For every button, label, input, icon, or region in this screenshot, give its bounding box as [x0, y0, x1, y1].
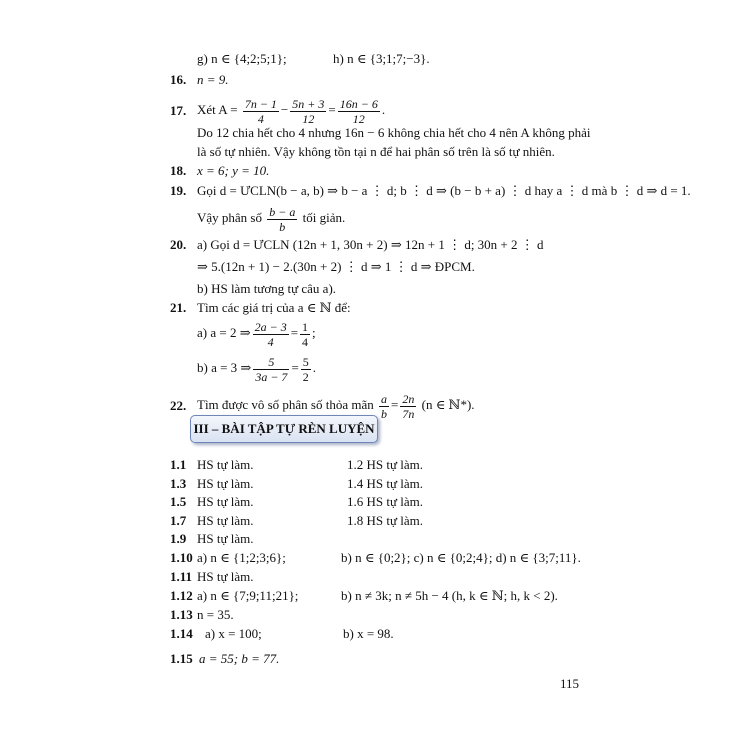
minus-sign: −	[281, 102, 288, 117]
answer-20-line3: b) HS làm tương tự câu a).	[197, 281, 336, 297]
answer-17-line2: Do 12 chia hết cho 4 nhưng 16n − 6 không…	[197, 125, 590, 141]
answer-21-a: a) a = 2 ⇒2a − 34=14;	[197, 315, 316, 351]
fraction: 16n − 612	[338, 97, 380, 126]
answer-19-line1: Gọi d = ƯCLN(b − a, b) ⇒ b − a ⋮ d; b ⋮ …	[197, 183, 691, 199]
period: .	[382, 102, 385, 117]
equals-sign: =	[291, 360, 298, 375]
equals-sign: =	[391, 397, 398, 412]
fraction: 52	[301, 355, 311, 384]
fraction: 53a − 7	[253, 355, 289, 384]
exercise-text: a) n ∈ {7;9;11;21};	[197, 588, 298, 604]
exercise-text: HS tự làm.	[197, 494, 254, 510]
exercise-right: b) n ≠ 3k; n ≠ 5h − 4 (h, k ∈ ℕ; h, k < …	[341, 588, 558, 604]
exercise-text: a) n ∈ {1;2;3;6};	[197, 550, 286, 566]
exercise-text: n = 35.	[197, 607, 234, 623]
answer-label-19: 19.	[170, 183, 186, 199]
answer-17-line3: là số tự nhiên. Vậy không tồn tại n để h…	[197, 144, 555, 160]
answer-21-b: b) a = 3 ⇒53a − 7=52.	[197, 350, 316, 386]
exercise-text: a) x = 100;	[205, 626, 262, 642]
answer-22-prefix: Tìm được vô số phân số thỏa mãn	[197, 397, 374, 412]
exercise-text: HS tự làm.	[197, 569, 254, 585]
fraction: 2n7n	[400, 392, 416, 421]
exercise-label: 1.7	[170, 513, 186, 529]
fraction: b − ab	[267, 205, 297, 234]
period: .	[313, 360, 316, 375]
exercise-label: 1.10	[170, 550, 193, 566]
answer-label-20: 20.	[170, 237, 186, 253]
page-number: 115	[560, 676, 579, 692]
exercise-right: 1.8 HS tự làm.	[347, 513, 423, 529]
answer-label-22: 22.	[170, 398, 186, 414]
exercise-label: 1.5	[170, 494, 186, 510]
answer-19-prefix: Vậy phân số	[197, 210, 262, 225]
exercise-right: b) x = 98.	[343, 626, 394, 642]
exercise-label: 1.12	[170, 588, 193, 604]
answer-15-g: g) n ∈ {4;2;5;1};	[197, 51, 287, 67]
answer-18-text: x = 6; y = 10.	[197, 163, 269, 179]
exercise-text: HS tự làm.	[197, 531, 254, 547]
answer-20-line2: ⇒ 5.(12n + 1) − 2.(30n + 2) ⋮ d ⇒ 1 ⋮ d …	[197, 259, 475, 275]
exercise-label: 1.15	[170, 651, 193, 667]
fraction: 14	[300, 320, 310, 349]
exercise-label: 1.11	[170, 569, 192, 585]
answer-20-line1: a) Gọi d = ƯCLN (12n + 1, 30n + 2) ⇒ 12n…	[197, 237, 544, 253]
answer-19-line2: Vậy phân số b − ab tối giản.	[197, 200, 345, 236]
fraction: 2a − 34	[253, 320, 289, 349]
answer-21-line1: Tìm các giá trị của a ∈ ℕ để:	[197, 300, 351, 316]
exercise-right: 1.2 HS tự làm.	[347, 457, 423, 473]
answer-17-prefix: Xét A =	[197, 102, 238, 117]
exercise-label: 1.14	[170, 626, 193, 642]
fraction: 5n + 312	[290, 97, 326, 126]
answer-21-b-prefix: b) a = 3 ⇒	[197, 360, 251, 375]
answer-22-suffix: (n ∈ ℕ*).	[422, 397, 475, 412]
answer-15-h: h) n ∈ {3;1;7;−3}.	[333, 51, 430, 67]
exercise-right: 1.4 HS tự làm.	[347, 476, 423, 492]
answer-label-16: 16.	[170, 72, 186, 88]
semicolon: ;	[312, 325, 316, 340]
equals-sign: =	[291, 325, 298, 340]
exercise-label: 1.13	[170, 607, 193, 623]
answer-21-a-prefix: a) a = 2 ⇒	[197, 325, 251, 340]
answer-19-suffix: tối giản.	[303, 210, 346, 225]
answer-17-formula: Xét A = 7n − 14−5n + 312=16n − 612.	[197, 90, 385, 130]
exercise-text: HS tự làm.	[197, 513, 254, 529]
equals-sign: =	[328, 102, 335, 117]
fraction: ab	[379, 392, 389, 421]
exercise-text: a = 55; b = 77.	[199, 651, 279, 667]
section-title-box: III – BÀI TẬP TỰ RÈN LUYỆN	[190, 415, 378, 443]
exercise-text: HS tự làm.	[197, 457, 254, 473]
fraction: 7n − 14	[243, 97, 279, 126]
answer-label-17: 17.	[170, 103, 186, 119]
exercise-right: 1.6 HS tự làm.	[347, 494, 423, 510]
answer-16-text: n = 9.	[197, 72, 229, 88]
exercise-label: 1.1	[170, 457, 186, 473]
section-title: III – BÀI TẬP TỰ RÈN LUYỆN	[193, 421, 374, 436]
exercise-label: 1.3	[170, 476, 186, 492]
answer-label-18: 18.	[170, 163, 186, 179]
answer-label-21: 21.	[170, 300, 186, 316]
exercise-label: 1.9	[170, 531, 186, 547]
exercise-right: b) n ∈ {0;2}; c) n ∈ {0;2;4}; d) n ∈ {3;…	[341, 550, 581, 566]
exercise-text: HS tự làm.	[197, 476, 254, 492]
